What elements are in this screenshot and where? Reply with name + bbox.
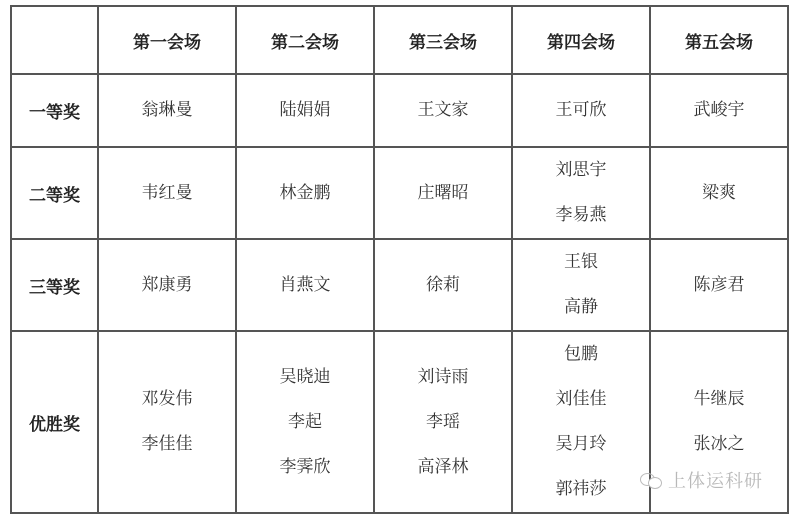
winner-cell: 邓发伟李佳佳: [98, 331, 236, 513]
winner-name: 张冰之: [694, 422, 745, 467]
winner-cell: 刘诗雨李瑶高泽林: [374, 331, 512, 513]
winner-list: 梁爽: [651, 171, 787, 216]
winner-list: 武峻宇: [651, 88, 787, 133]
winner-cell: 刘思宇李易燕: [512, 147, 650, 239]
winner-name: 陆娟娟: [280, 88, 331, 133]
winner-name: 王文家: [418, 88, 469, 133]
venue-header-5: 第五会场: [650, 6, 788, 74]
winner-cell: 王可欣: [512, 74, 650, 147]
awards-table: 第一会场 第二会场 第三会场 第四会场 第五会场 一等奖翁琳曼陆娟娟王文家王可欣…: [10, 5, 789, 514]
watermark: 上体运科研: [640, 467, 763, 493]
winner-name: 李瑶: [426, 400, 460, 445]
winner-cell: 吴晓迪李起李霁欣: [236, 331, 374, 513]
winner-name: 王可欣: [556, 88, 607, 133]
winner-name: 翁琳曼: [142, 88, 193, 133]
winner-name: 包鹏: [564, 332, 598, 377]
winner-name: 刘佳佳: [556, 377, 607, 422]
winner-name: 武峻宇: [694, 88, 745, 133]
winner-name: 韦红曼: [142, 171, 193, 216]
winner-cell: 王文家: [374, 74, 512, 147]
winner-name: 李佳佳: [142, 422, 193, 467]
venue-header-3: 第三会场: [374, 6, 512, 74]
winner-cell: 庄曙昭: [374, 147, 512, 239]
winner-cell: 韦红曼: [98, 147, 236, 239]
venue-header-2: 第二会场: [236, 6, 374, 74]
winner-list: 包鹏刘佳佳吴月玲郭祎莎: [513, 332, 649, 512]
winner-name: 吴晓迪: [280, 355, 331, 400]
winner-list: 韦红曼: [99, 171, 235, 216]
winner-name: 徐莉: [426, 263, 460, 308]
winner-list: 肖燕文: [237, 263, 373, 308]
watermark-text: 上体运科研: [668, 467, 763, 493]
winner-cell: 肖燕文: [236, 239, 374, 331]
winner-name: 郑康勇: [142, 263, 193, 308]
winner-cell: 武峻宇: [650, 74, 788, 147]
award-label: 三等奖: [11, 239, 98, 331]
table-row: 二等奖韦红曼林金鹏庄曙昭刘思宇李易燕梁爽: [11, 147, 788, 239]
winner-cell: 王银高静: [512, 239, 650, 331]
winner-name: 王银: [564, 240, 598, 285]
header-row: 第一会场 第二会场 第三会场 第四会场 第五会场: [11, 6, 788, 74]
winner-list: 刘思宇李易燕: [513, 148, 649, 238]
winner-name: 刘诗雨: [418, 355, 469, 400]
winner-name: 高泽林: [418, 445, 469, 490]
winner-list: 王银高静: [513, 240, 649, 330]
winner-name: 庄曙昭: [418, 171, 469, 216]
winner-name: 高静: [564, 285, 598, 330]
winner-cell: 郑康勇: [98, 239, 236, 331]
winner-cell: 陆娟娟: [236, 74, 374, 147]
winner-list: 徐莉: [375, 263, 511, 308]
winner-list: 庄曙昭: [375, 171, 511, 216]
winner-list: 翁琳曼: [99, 88, 235, 133]
winner-cell: 徐莉: [374, 239, 512, 331]
winner-list: 王可欣: [513, 88, 649, 133]
table-row: 三等奖郑康勇肖燕文徐莉王银高静陈彦君: [11, 239, 788, 331]
table-row: 一等奖翁琳曼陆娟娟王文家王可欣武峻宇: [11, 74, 788, 147]
winner-cell: 陈彦君: [650, 239, 788, 331]
winner-name: 林金鹏: [280, 171, 331, 216]
winner-list: 林金鹏: [237, 171, 373, 216]
winner-name: 陈彦君: [694, 263, 745, 308]
award-label: 一等奖: [11, 74, 98, 147]
winner-name: 李易燕: [556, 193, 607, 238]
winner-cell: 翁琳曼: [98, 74, 236, 147]
winner-name: 肖燕文: [280, 263, 331, 308]
winner-name: 牛继辰: [694, 377, 745, 422]
winner-name: 李起: [288, 400, 322, 445]
winner-cell: 包鹏刘佳佳吴月玲郭祎莎: [512, 331, 650, 513]
winner-list: 刘诗雨李瑶高泽林: [375, 355, 511, 490]
winner-list: 邓发伟李佳佳: [99, 377, 235, 467]
winner-name: 刘思宇: [556, 148, 607, 193]
winner-name: 邓发伟: [142, 377, 193, 422]
winner-list: 郑康勇: [99, 263, 235, 308]
winner-list: 王文家: [375, 88, 511, 133]
winner-name: 吴月玲: [556, 422, 607, 467]
award-label: 二等奖: [11, 147, 98, 239]
venue-header-1: 第一会场: [98, 6, 236, 74]
winner-cell: 梁爽: [650, 147, 788, 239]
venue-header-4: 第四会场: [512, 6, 650, 74]
award-label: 优胜奖: [11, 331, 98, 513]
winner-name: 李霁欣: [280, 445, 331, 490]
winner-name: 梁爽: [702, 171, 736, 216]
winner-list: 吴晓迪李起李霁欣: [237, 355, 373, 490]
winner-cell: 林金鹏: [236, 147, 374, 239]
corner-cell: [11, 6, 98, 74]
winner-list: 牛继辰张冰之: [651, 377, 787, 467]
winner-list: 陈彦君: [651, 263, 787, 308]
wechat-icon: [640, 471, 662, 489]
winner-name: 郭祎莎: [556, 467, 607, 512]
winner-list: 陆娟娟: [237, 88, 373, 133]
